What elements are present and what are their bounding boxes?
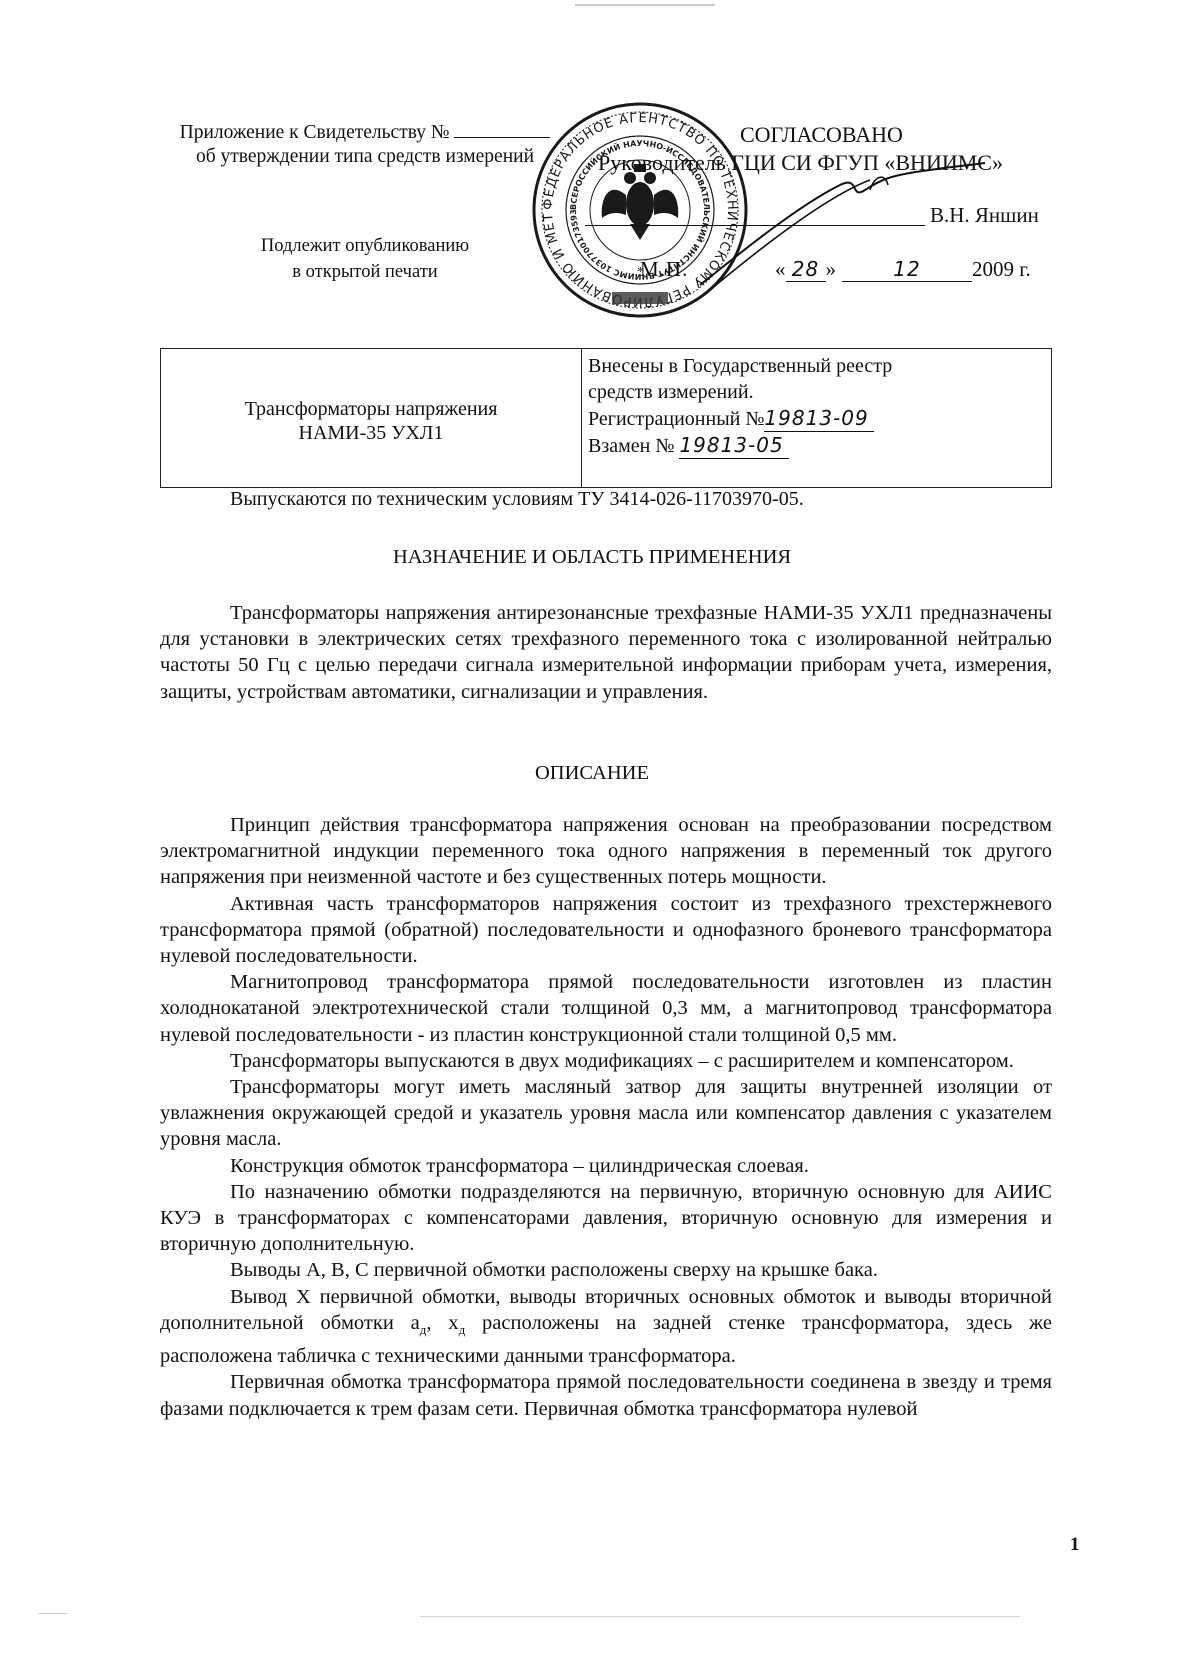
purpose-paragraph: Трансформаторы напряжения антирезонансны… [160,600,1052,705]
approval-date: «28»122009 г. [775,257,1031,282]
stamp-place-label: М.П. [640,257,688,282]
publication-line-1: Подлежит опубликованию [200,233,530,259]
registry-line-1: Внесены в Государственный реестр [588,353,1051,379]
product-name-line-1: Трансформаторы напряжения [245,397,498,421]
page-number: 1 [1070,1534,1080,1556]
purpose-text: Трансформаторы напряжения антирезонансны… [160,600,1052,705]
date-close-quote: » [826,257,837,281]
description-text: Принцип действия трансформатора напряжен… [160,812,1052,1422]
description-paragraph-last: Первичная обмотка трансформатора прямой … [160,1369,1052,1421]
description-paragraph-7: По назначению обмотки подразделяются на … [160,1179,1052,1258]
technical-conditions: Выпускаются по техническим условиям ТУ 3… [230,488,804,511]
appendix-line-2: об утверждении типа средств измерений [150,145,580,169]
replaces-value: 19813-05 [679,432,789,459]
reg-number-label: Регистрационный № [588,408,764,430]
appendix-header: Приложение к Свидетельству № об утвержде… [150,120,580,169]
terminals-text-2: , х [426,1312,458,1334]
date-year: 2009 г. [972,257,1031,281]
date-month: 12 [842,257,972,282]
product-name-cell: Трансформаторы напряжения НАМИ-35 УХЛ1 [161,349,582,487]
description-paragraph-terminals: Вывод Х первичной обмотки, выводы вторич… [160,1284,1052,1370]
registration-table: Трансформаторы напряжения НАМИ-35 УХЛ1 В… [160,348,1052,488]
scan-artifact-bottom-left [38,1613,68,1614]
description-paragraph-6: Конструкция обмоток трансформатора – цил… [160,1153,1052,1179]
date-day: 28 [786,257,826,282]
description-paragraph-5: Трансформаторы могут иметь масляный затв… [160,1074,1052,1153]
section-title-purpose: НАЗНАЧЕНИЕ И ОБЛАСТЬ ПРИМЕНЕНИЯ [0,546,1184,569]
reg-number-value: 19813-09 [764,405,874,432]
description-paragraph-4: Трансформаторы выпускаются в двух модифи… [160,1048,1052,1074]
signer-name: В.Н. Яншин [930,203,1039,228]
replaces-label: Взамен № [588,435,674,457]
description-paragraph-3: Магнитопровод трансформатора прямой посл… [160,969,1052,1048]
date-open-quote: « [775,257,786,281]
product-name-line-2: НАМИ-35 УХЛ1 [245,421,498,445]
description-paragraph-1: Принцип действия трансформатора напряжен… [160,812,1052,891]
registry-info-cell: Внесены в Государственный реестр средств… [582,349,1051,487]
appendix-line-1: Приложение к Свидетельству № [180,122,450,143]
section-title-description: ОПИСАНИЕ [0,762,1184,785]
publication-line-2: в открытой печати [200,259,530,285]
description-paragraph-8: Выводы А, В, С первичной обмотки располо… [160,1257,1052,1283]
description-paragraph-2: Активная часть трансформаторов напряжени… [160,891,1052,970]
publication-note: Подлежит опубликованию в открытой печати [200,233,530,285]
scan-artifact-top [575,4,715,6]
scan-artifact-bottom [420,1616,1020,1617]
registry-line-2: средств измерений. [588,379,1051,405]
